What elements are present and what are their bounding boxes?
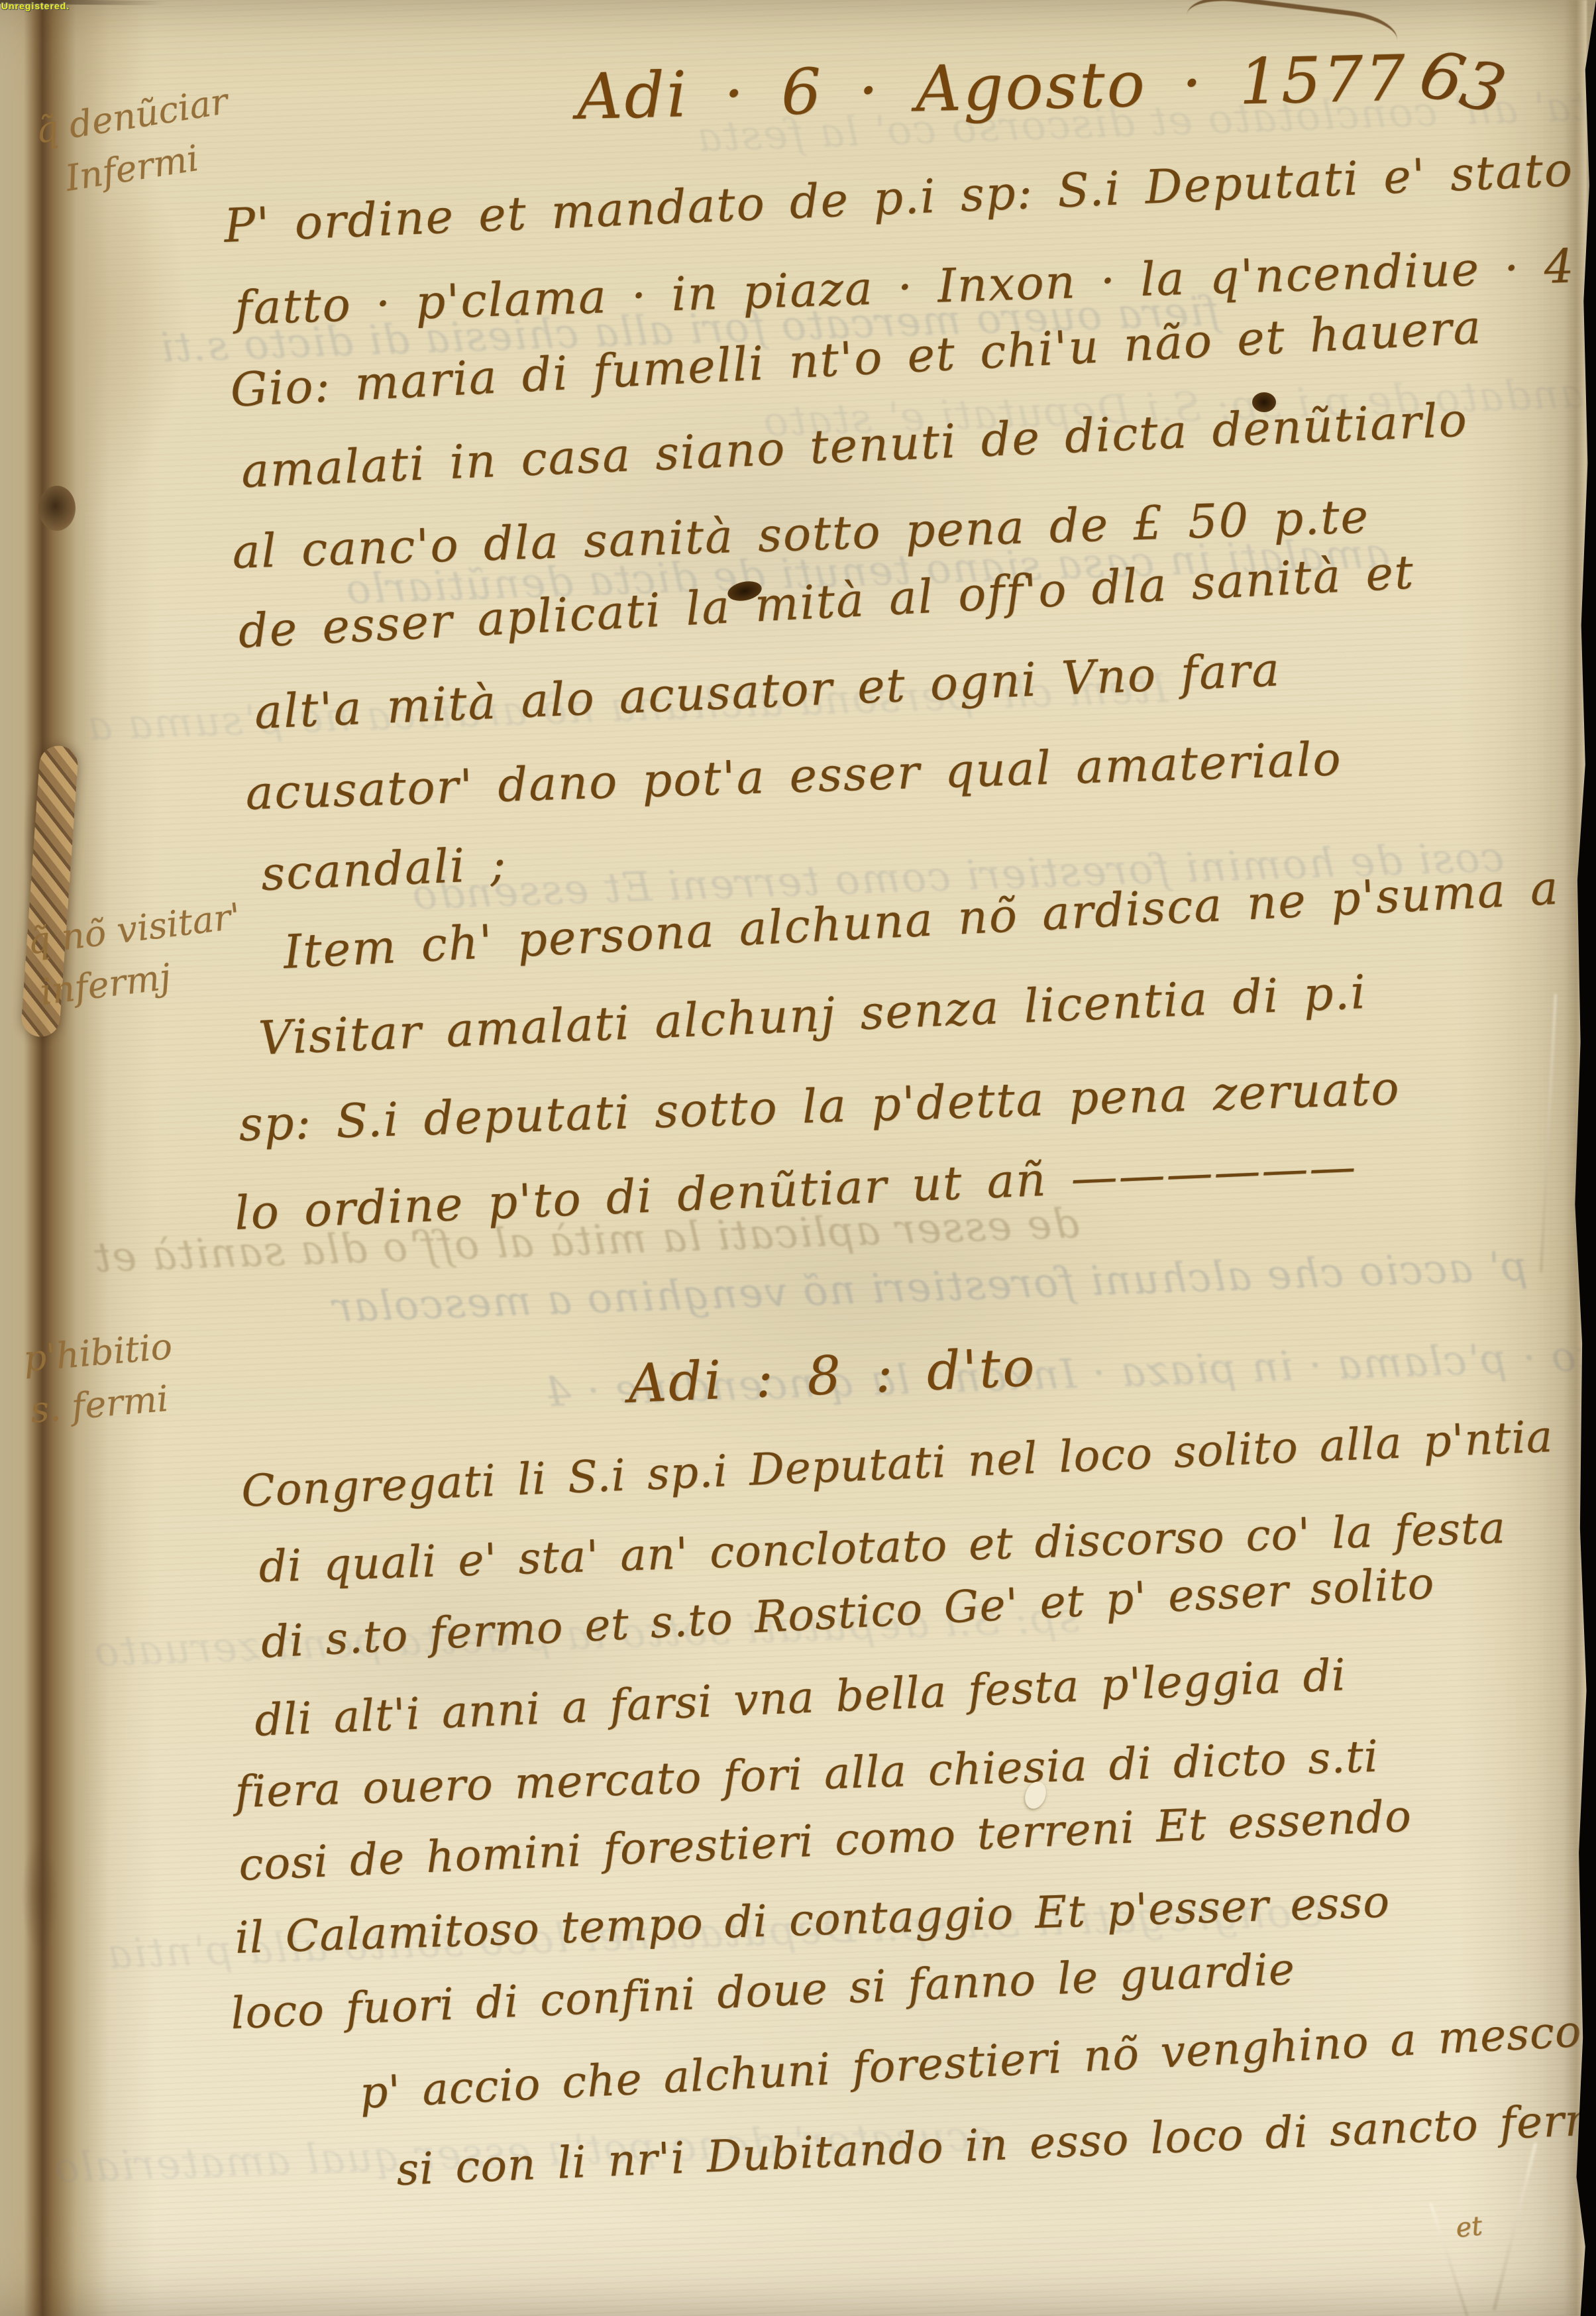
manuscript-line: Visitar amalati alchunj senza licentia d… [258,965,1368,1066]
manuscript-line: scandali ; [260,837,508,901]
manuscript-line: acusator' dano pot'a esser qual amateria… [244,732,1342,820]
paper-crease [1493,2142,1538,2310]
ink-blot [1252,392,1276,412]
manuscript-line: P' ordine et mandato de p.i sp: S.i Depu… [223,142,1575,253]
scan-background-edge [1572,0,1596,2316]
entry-date-heading: Adi : 8 : d'to [627,1336,1037,1415]
catchword: et [1454,2211,1483,2244]
manuscript-line: si con li nr'i Dubitando in esso loco di… [396,2093,1596,2195]
manuscript-line: Congregati li S.i sp.i Deputati nel loco… [240,1411,1554,1517]
binding-knot [38,486,76,531]
manuscript-page: Unregistered. 63 Adi · 6 · Agosto · 1577… [0,0,1596,2316]
margin-note: p'hibitio s. fermi [21,1321,179,1437]
paper-crease [1540,994,1557,1272]
scanner-watermark: Unregistered. [1,1,70,11]
manuscript-line: sp: S.i deputati sotto la p'detta pena z… [238,1061,1401,1152]
